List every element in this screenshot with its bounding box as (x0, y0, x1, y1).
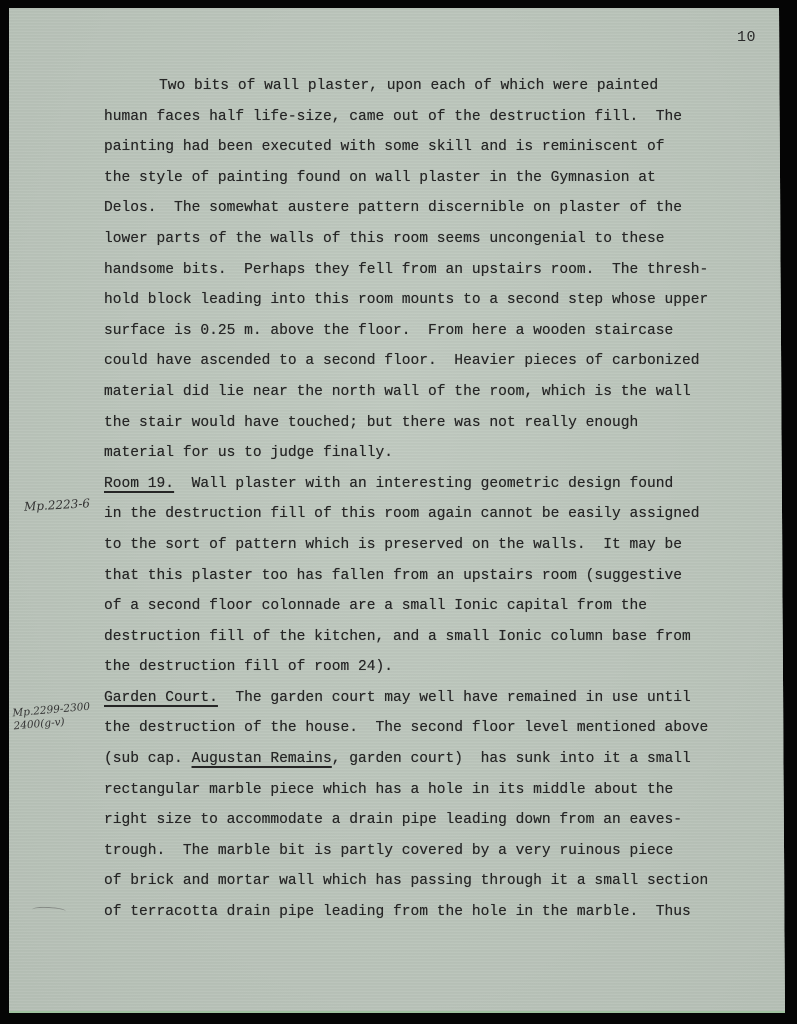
text-line: of terracotta drain pipe leading from th… (104, 897, 764, 928)
text-line-cross-reference: (sub cap. Augustan Remains, garden court… (104, 744, 764, 775)
text-segment: , garden court) has sunk into it a small (332, 751, 691, 767)
section-heading-room-19: Room 19. (104, 476, 174, 492)
text-line: handsome bits. Perhaps they fell from an… (104, 255, 764, 286)
text-line: human faces half life-size, came out of … (104, 102, 764, 133)
text-line: the stair would have touched; but there … (104, 408, 764, 439)
text-line: trough. The marble bit is partly covered… (104, 836, 764, 867)
page-bottom-edge (9, 1011, 785, 1013)
text-line: painting had been executed with some ski… (104, 132, 764, 163)
typed-text-body: Two bits of wall plaster, upon each of w… (104, 71, 764, 928)
text-segment: The garden court may well have remained … (218, 690, 691, 706)
page-number: 10 (737, 29, 756, 46)
text-line: destruction fill of the kitchen, and a s… (104, 622, 764, 653)
text-line: material for us to judge finally. (104, 438, 764, 469)
text-line-room-19: Room 19. Wall plaster with an interestin… (104, 469, 764, 500)
text-line: hold block leading into this room mounts… (104, 285, 764, 316)
text-segment: (sub cap. (104, 751, 192, 767)
text-line: Two bits of wall plaster, upon each of w… (104, 71, 764, 102)
text-line: Delos. The somewhat austere pattern disc… (104, 193, 764, 224)
text-line: lower parts of the walls of this room se… (104, 224, 764, 255)
cross-reference-augustan-remains: Augustan Remains (192, 751, 332, 767)
text-line: in the destruction fill of this room aga… (104, 499, 764, 530)
text-line: right size to accommodate a drain pipe l… (104, 805, 764, 836)
text-line: could have ascended to a second floor. H… (104, 346, 764, 377)
text-line: that this plaster too has fallen from an… (104, 561, 764, 592)
text-line-garden-court: Garden Court. The garden court may well … (104, 683, 764, 714)
text-line: material did lie near the north wall of … (104, 377, 764, 408)
text-line: of brick and mortar wall which has passi… (104, 866, 764, 897)
text-line: the destruction fill of room 24). (104, 652, 764, 683)
text-line: to the sort of pattern which is preserve… (104, 530, 764, 561)
text-line: the destruction of the house. The second… (104, 713, 764, 744)
text-line: of a second floor colonnade are a small … (104, 591, 764, 622)
text-line: surface is 0.25 m. above the floor. From… (104, 316, 764, 347)
text-line: the style of painting found on wall plas… (104, 163, 764, 194)
text-line: rectangular marble piece which has a hol… (104, 775, 764, 806)
section-heading-garden-court: Garden Court. (104, 690, 218, 706)
text-segment: Wall plaster with an interesting geometr… (174, 476, 673, 492)
